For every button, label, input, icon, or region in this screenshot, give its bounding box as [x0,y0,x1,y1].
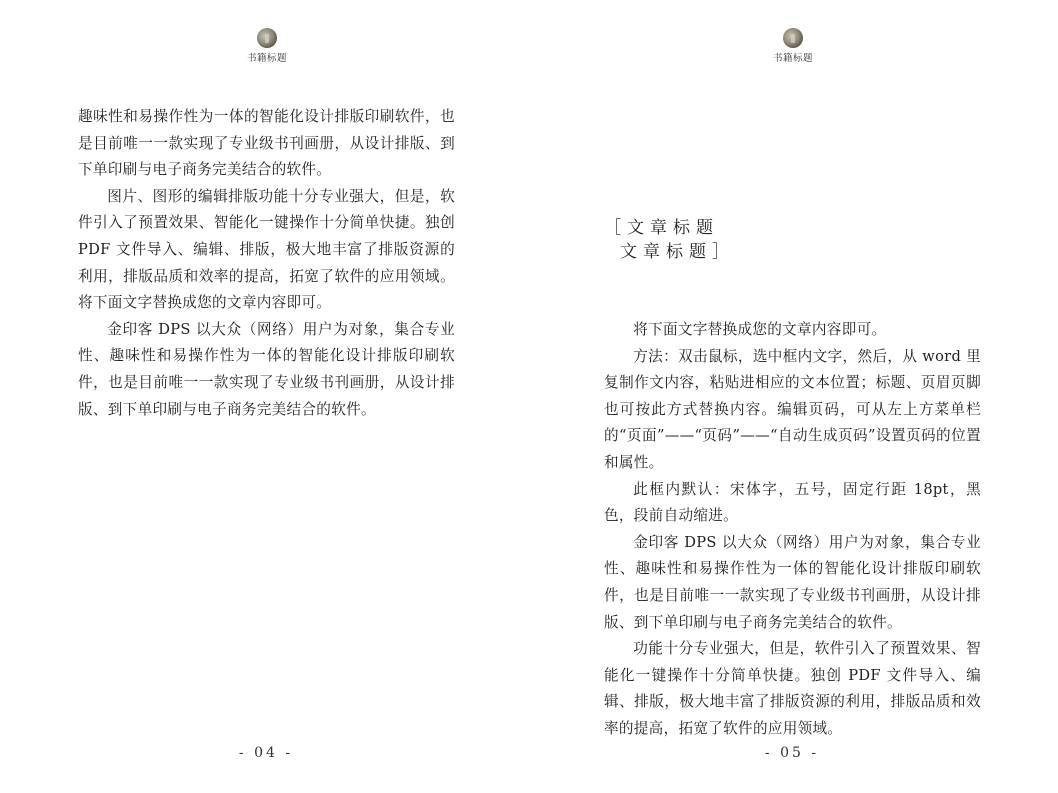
right-page: 书籍标题 ［文章标题 文章标题］ 将下面文字替换成您的文章内容即可。 方法：双击… [529,0,1058,793]
body-text: 趣味性和易操作性为一体的智能化设计排版印刷软件，也是目前唯一一款实现了专业级书刊… [78,104,455,423]
header-title: 书籍标题 [763,50,823,64]
paragraph: 方法：双击鼠标，选中框内文字，然后，从 word 里复制作文内容，粘贴进相应的文… [604,344,981,477]
article-title: ［文章标题 文章标题］ [604,216,735,264]
article-title-line-2: 文章标题］ [604,240,735,264]
paragraph: 将下面文字替换成您的文章内容即可。 [604,317,981,344]
emblem-icon [257,28,277,48]
page-number: - 04 - [216,745,316,761]
body-text: 将下面文字替换成您的文章内容即可。 方法：双击鼠标，选中框内文字，然后，从 wo… [604,317,981,743]
left-page: 书籍标题 趣味性和易操作性为一体的智能化设计排版印刷软件，也是目前唯一一款实现了… [0,0,529,793]
emblem-icon [783,28,803,48]
running-header: 书籍标题 [763,28,823,64]
paragraph: 趣味性和易操作性为一体的智能化设计排版印刷软件，也是目前唯一一款实现了专业级书刊… [78,104,455,184]
page-number: - 05 - [742,745,842,761]
running-header: 书籍标题 [237,28,297,64]
paragraph: 功能十分专业强大，但是，软件引入了预置效果、智能化一键操作十分简单快捷。独创 P… [604,636,981,742]
paragraph: 此框内默认：宋体字，五号，固定行距 18pt，黑色，段前自动缩进。 [604,477,981,530]
article-title-line-1: ［文章标题 [604,216,735,240]
header-title: 书籍标题 [237,50,297,64]
paragraph: 金印客 DPS 以大众（网络）用户为对象，集合专业性、趣味性和易操作性为一体的智… [78,317,455,423]
paragraph: 图片、图形的编辑排版功能十分专业强大，但是，软件引入了预置效果、智能化一键操作十… [78,184,455,317]
paragraph: 金印客 DPS 以大众（网络）用户为对象，集合专业性、趣味性和易操作性为一体的智… [604,530,981,636]
